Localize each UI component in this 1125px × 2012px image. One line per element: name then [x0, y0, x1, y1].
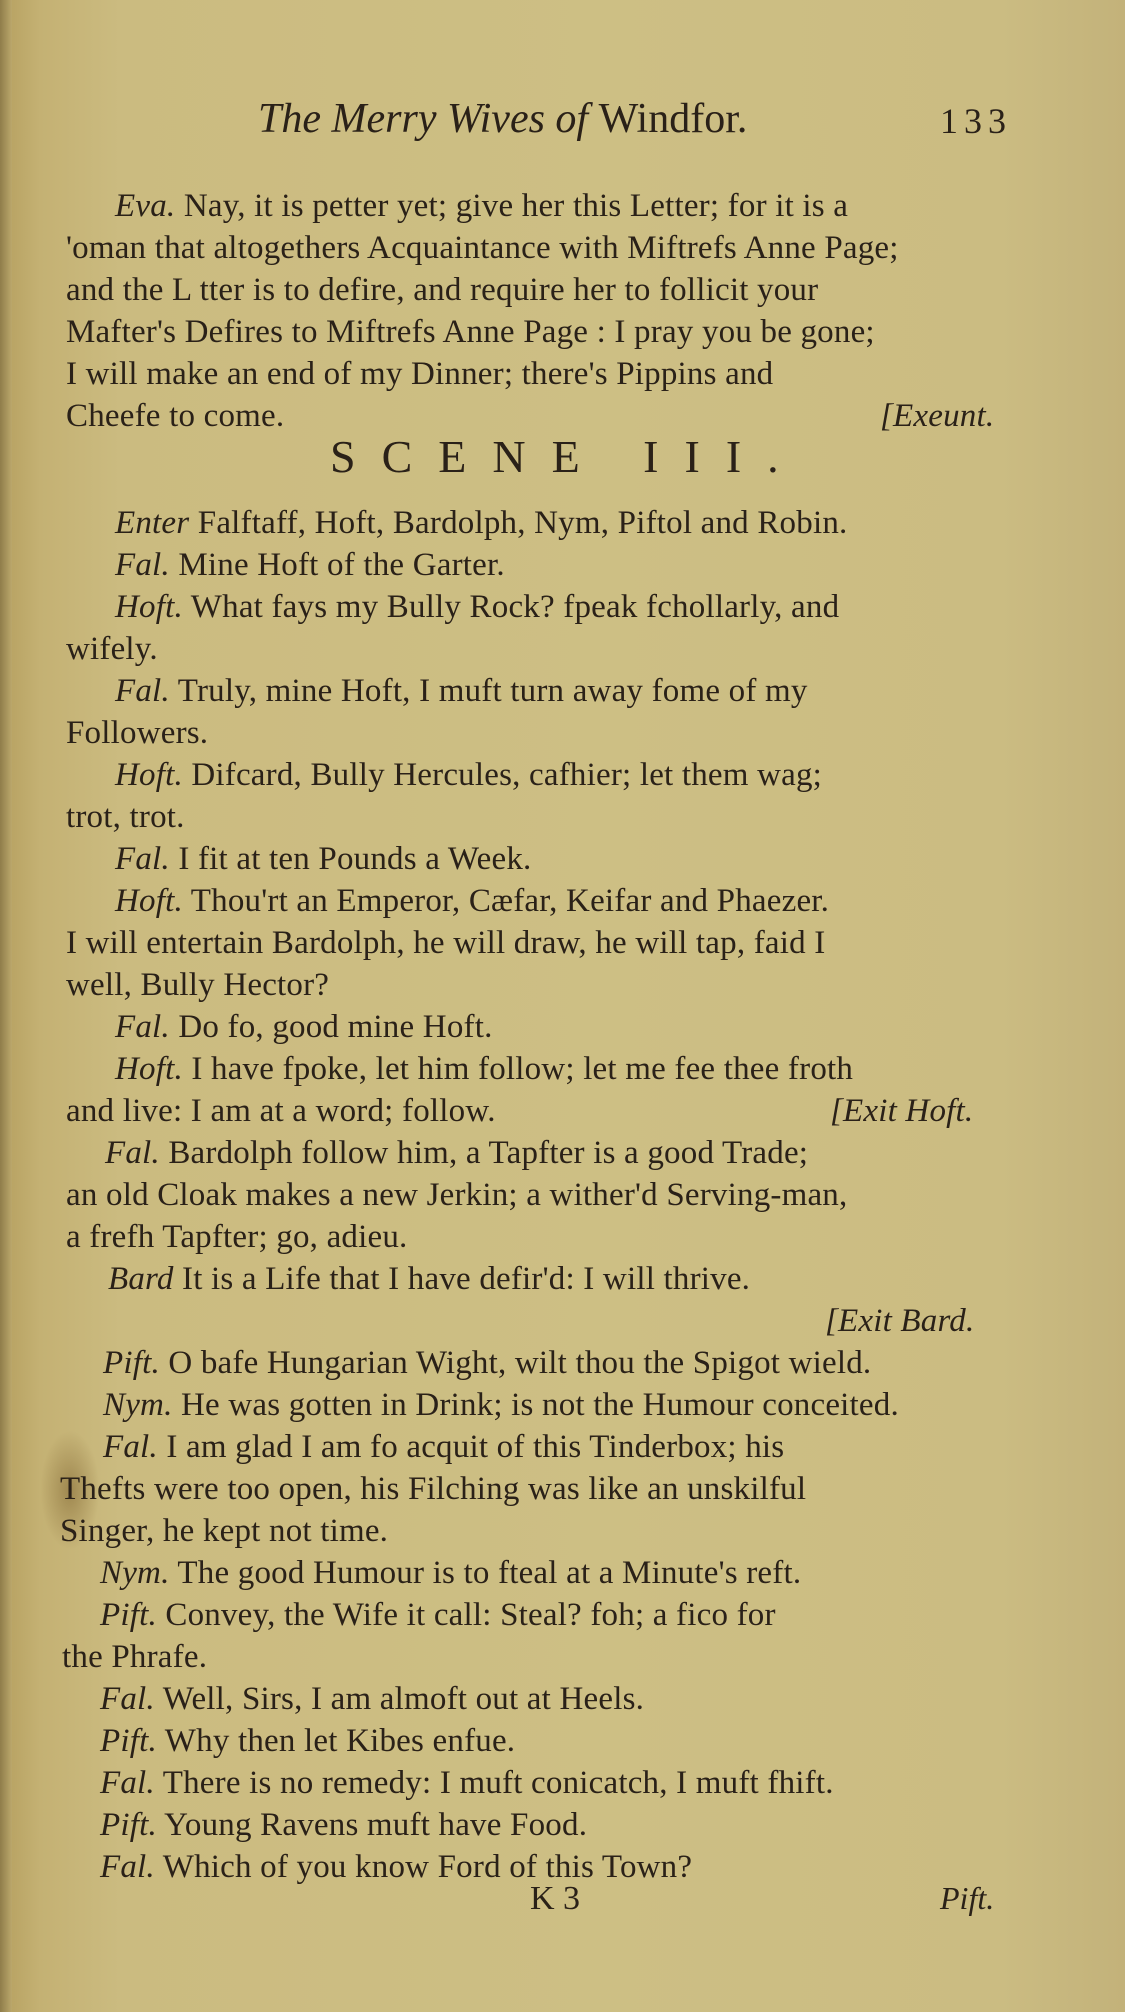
- text-line: Fal. Which of you know Ford of this Town…: [100, 1847, 692, 1887]
- text-line: Fal. Do fo, good mine Hoft.: [115, 1007, 493, 1047]
- signature-mark: K 3: [530, 1880, 580, 1918]
- speech: Truly, mine Hoft, I muft turn away fome …: [178, 673, 808, 709]
- text-line: Eva. Nay, it is petter yet; give her thi…: [115, 186, 848, 226]
- speaker: Nym.: [100, 1555, 170, 1591]
- speech: Well, Sirs, I am almoft out at Heels.: [163, 1681, 644, 1717]
- text-line: Fal. I fit at ten Pounds a Week.: [115, 839, 531, 879]
- stage-direction-exit-hoft: [Exit Hoft.: [830, 1091, 973, 1131]
- speaker: Hoft.: [115, 589, 183, 625]
- speaker: Fal.: [115, 547, 170, 583]
- text-line: an old Cloak makes a new Jerkin; a withe…: [66, 1175, 847, 1215]
- speech: He was gotten in Drink; is not the Humou…: [181, 1387, 899, 1423]
- speech: Why then let Kibes enfue.: [165, 1723, 515, 1759]
- text-line: Hoft. I have fpoke, let him follow; let …: [115, 1049, 853, 1089]
- text-line: Fal. Bardolph follow him, a Tapfter is a…: [105, 1133, 808, 1173]
- speech: Nay, it is petter yet; give her this Let…: [184, 188, 848, 224]
- text-line: Fal. There is no remedy: I muft conicatc…: [100, 1763, 834, 1803]
- text-line: Pift. O bafe Hungarian Wight, wilt thou …: [103, 1343, 871, 1383]
- text-line: a frefh Tapfter; go, adieu.: [66, 1217, 408, 1257]
- speaker: Fal.: [115, 673, 170, 709]
- speech: It is a Life that I have defir'd: I will…: [182, 1261, 750, 1297]
- text-line: the Phrafe.: [62, 1637, 207, 1677]
- speech: I am glad I am fo acquit of this Tinderb…: [166, 1429, 784, 1465]
- speech: Bardolph follow him, a Tapfter is a good…: [168, 1135, 808, 1171]
- speaker: Fal.: [100, 1681, 155, 1717]
- speech: The good Humour is to fteal at a Minute'…: [177, 1555, 801, 1591]
- speaker: Nym.: [103, 1387, 173, 1423]
- text-line: Mafter's Defires to Miftrefs Anne Page :…: [66, 312, 875, 352]
- speaker: Pift.: [103, 1345, 160, 1381]
- speaker: Bard: [108, 1261, 174, 1297]
- speech: There is no remedy: I muft conicatch, I …: [163, 1765, 834, 1801]
- speaker: Pift.: [100, 1723, 157, 1759]
- speaker: Fal.: [103, 1429, 158, 1465]
- text-line: Pift. Convey, the Wife it call: Steal? f…: [100, 1595, 776, 1635]
- book-page: The Merry Wives of Windfor. 133 Eva. Nay…: [0, 0, 1125, 2012]
- header-title-italic: The Merry Wives of: [258, 96, 588, 142]
- speech: Thou'rt an Emperor, Cæfar, Keifar and Ph…: [191, 883, 829, 919]
- text-line: Followers.: [66, 713, 208, 753]
- speech: Do fo, good mine Hoft.: [178, 1009, 492, 1045]
- text-line: Pift. Young Ravens muft have Food.: [100, 1805, 587, 1845]
- stage-direction-exeunt: [Exeunt.: [880, 396, 994, 436]
- text-line: well, Bully Hector?: [66, 965, 329, 1005]
- text-line: trot, trot.: [66, 797, 185, 837]
- text-line: I will entertain Bardolph, he will draw,…: [66, 923, 825, 963]
- header-title-roman: Windfor.: [599, 96, 748, 142]
- speech: Which of you know Ford of this Town?: [163, 1849, 692, 1885]
- speaker: Fal.: [100, 1849, 155, 1885]
- text-line: Bard It is a Life that I have defir'd: I…: [108, 1259, 750, 1299]
- speaker: Eva.: [115, 188, 175, 224]
- speech: Young Ravens muft have Food.: [164, 1807, 587, 1843]
- text-line: Hoft. Difcard, Bully Hercules, cafhier; …: [115, 755, 822, 795]
- speech: What fays my Bully Rock? fpeak fchollarl…: [191, 589, 840, 625]
- text-line: Fal. Mine Hoft of the Garter.: [115, 545, 505, 585]
- speaker: Pift.: [100, 1807, 157, 1843]
- speaker: Hoft.: [115, 757, 183, 793]
- speaker: Hoft.: [115, 883, 183, 919]
- speech: I fit at ten Pounds a Week.: [178, 841, 531, 877]
- text-line: Fal. I am glad I am fo acquit of this Ti…: [103, 1427, 784, 1467]
- catchword: Pift.: [940, 1880, 994, 1917]
- text-line: Hoft. What fays my Bully Rock? fpeak fch…: [115, 587, 839, 627]
- text-line: Hoft. Thou'rt an Emperor, Cæfar, Keifar …: [115, 881, 829, 921]
- speech: I have fpoke, let him follow; let me fee…: [191, 1051, 853, 1087]
- text-line: Pift. Why then let Kibes enfue.: [100, 1721, 515, 1761]
- speech: Convey, the Wife it call: Steal? foh; a …: [165, 1597, 775, 1633]
- page-edge: [0, 0, 12, 2012]
- speech: Difcard, Bully Hercules, cafhier; let th…: [191, 757, 822, 793]
- speaker: Pift.: [100, 1597, 157, 1633]
- text-line: wifely.: [66, 629, 158, 669]
- speaker: Fal.: [115, 1009, 170, 1045]
- text-line: Enter Falftaff, Hoft, Bardolph, Nym, Pif…: [115, 503, 847, 543]
- speaker: Fal.: [100, 1765, 155, 1801]
- text-line: I will make an end of my Dinner; there's…: [66, 354, 773, 394]
- text-line: and the L tter is to defire, and require…: [66, 270, 818, 310]
- speech: Falftaff, Hoft, Bardolph, Nym, Piftol an…: [198, 505, 848, 541]
- running-header: The Merry Wives of Windfor.: [258, 95, 747, 143]
- speech: Mine Hoft of the Garter.: [178, 547, 504, 583]
- speaker: Fal.: [115, 841, 170, 877]
- text-line: Fal. Well, Sirs, I am almoft out at Heel…: [100, 1679, 644, 1719]
- text-line: Nym. The good Humour is to fteal at a Mi…: [100, 1553, 801, 1593]
- text-line: and live: I am at a word; follow.: [66, 1091, 496, 1131]
- speaker: Fal.: [105, 1135, 160, 1171]
- text-line: Fal. Truly, mine Hoft, I muft turn away …: [115, 671, 808, 711]
- text-line: Nym. He was gotten in Drink; is not the …: [103, 1385, 899, 1425]
- speaker: Hoft.: [115, 1051, 183, 1087]
- scene-heading: SCENE III.: [330, 430, 805, 483]
- page-number: 133: [940, 100, 1012, 142]
- speaker: Enter: [115, 505, 189, 541]
- stage-direction-exit-bard: [Exit Bard.: [825, 1301, 974, 1341]
- text-line: Singer, he kept not time.: [60, 1511, 388, 1551]
- text-line: 'oman that altogethers Acquaintance with…: [66, 228, 899, 268]
- speech: O bafe Hungarian Wight, wilt thou the Sp…: [168, 1345, 871, 1381]
- text-line: Cheefe to come.: [66, 396, 284, 436]
- text-line: Thefts were too open, his Filching was l…: [60, 1469, 806, 1509]
